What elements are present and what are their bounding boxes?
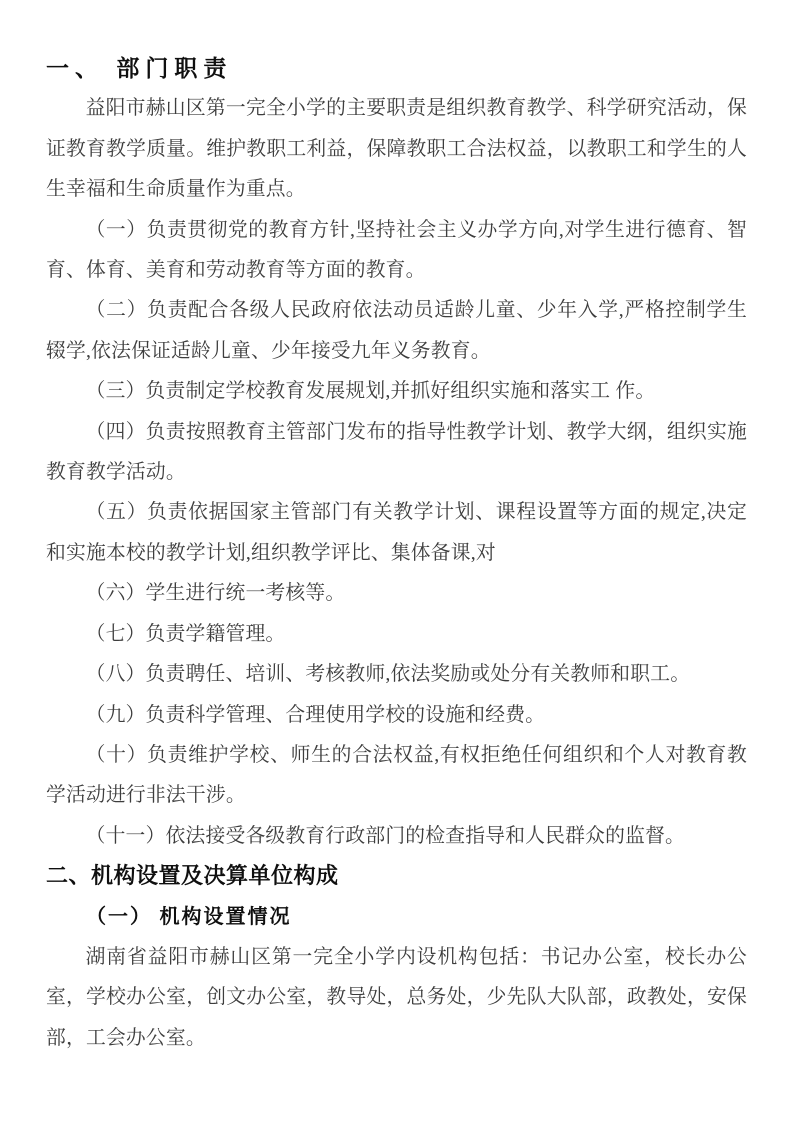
- subsection-heading-1: （一） 机构设置情况: [46, 897, 747, 937]
- paragraph-item-7: （七）负责学籍管理。: [46, 614, 747, 654]
- paragraph-item-9: （九）负责科学管理、合理使用学校的设施和经费。: [46, 695, 747, 735]
- paragraph-item-10: （十）负责维护学校、师生的合法权益,有权拒绝任何组织和个人对教育教学活动进行非法…: [46, 735, 747, 816]
- paragraph-item-6: （六）学生进行统一考核等。: [46, 573, 747, 613]
- section-heading-2: 二、机构设置及决算单位构成: [46, 856, 747, 896]
- paragraph-item-5: （五）负责依据国家主管部门有关教学计划、课程设置等方面的规定,决定和实施本校的教…: [46, 492, 747, 573]
- section-heading-1: 一、 部门职责: [46, 48, 747, 88]
- paragraph-item-1: （一）负责贯彻党的教育方针,坚持社会主义办学方向,对学生进行德育、智育、体育、美…: [46, 210, 747, 291]
- paragraph-orgs: 湖南省益阳市赫山区第一完全小学内设机构包括：书记办公室，校长办公室，学校办公室，…: [46, 937, 747, 1058]
- paragraph-item-8: （八）负责聘任、培训、考核教师,依法奖励或处分有关教师和职工。: [46, 654, 747, 694]
- paragraph-item-11: （十一）依法接受各级教育行政部门的检查指导和人民群众的监督。: [46, 816, 747, 856]
- paragraph-item-2: （二）负责配合各级人民政府依法动员适龄儿童、少年入学,严格控制学生辍学,依法保证…: [46, 290, 747, 371]
- document-page: 一、 部门职责 益阳市赫山区第一完全小学的主要职责是组织教育教学、科学研究活动，…: [0, 0, 793, 1122]
- paragraph-item-4: （四）负责按照教育主管部门发布的指导性教学计划、教学大纲，组织实施教育教学活动。: [46, 412, 747, 493]
- paragraph-item-3: （三）负责制定学校教育发展规划,并抓好组织实施和落实工 作。: [46, 371, 747, 411]
- paragraph-intro: 益阳市赫山区第一完全小学的主要职责是组织教育教学、科学研究活动，保证教育教学质量…: [46, 88, 747, 209]
